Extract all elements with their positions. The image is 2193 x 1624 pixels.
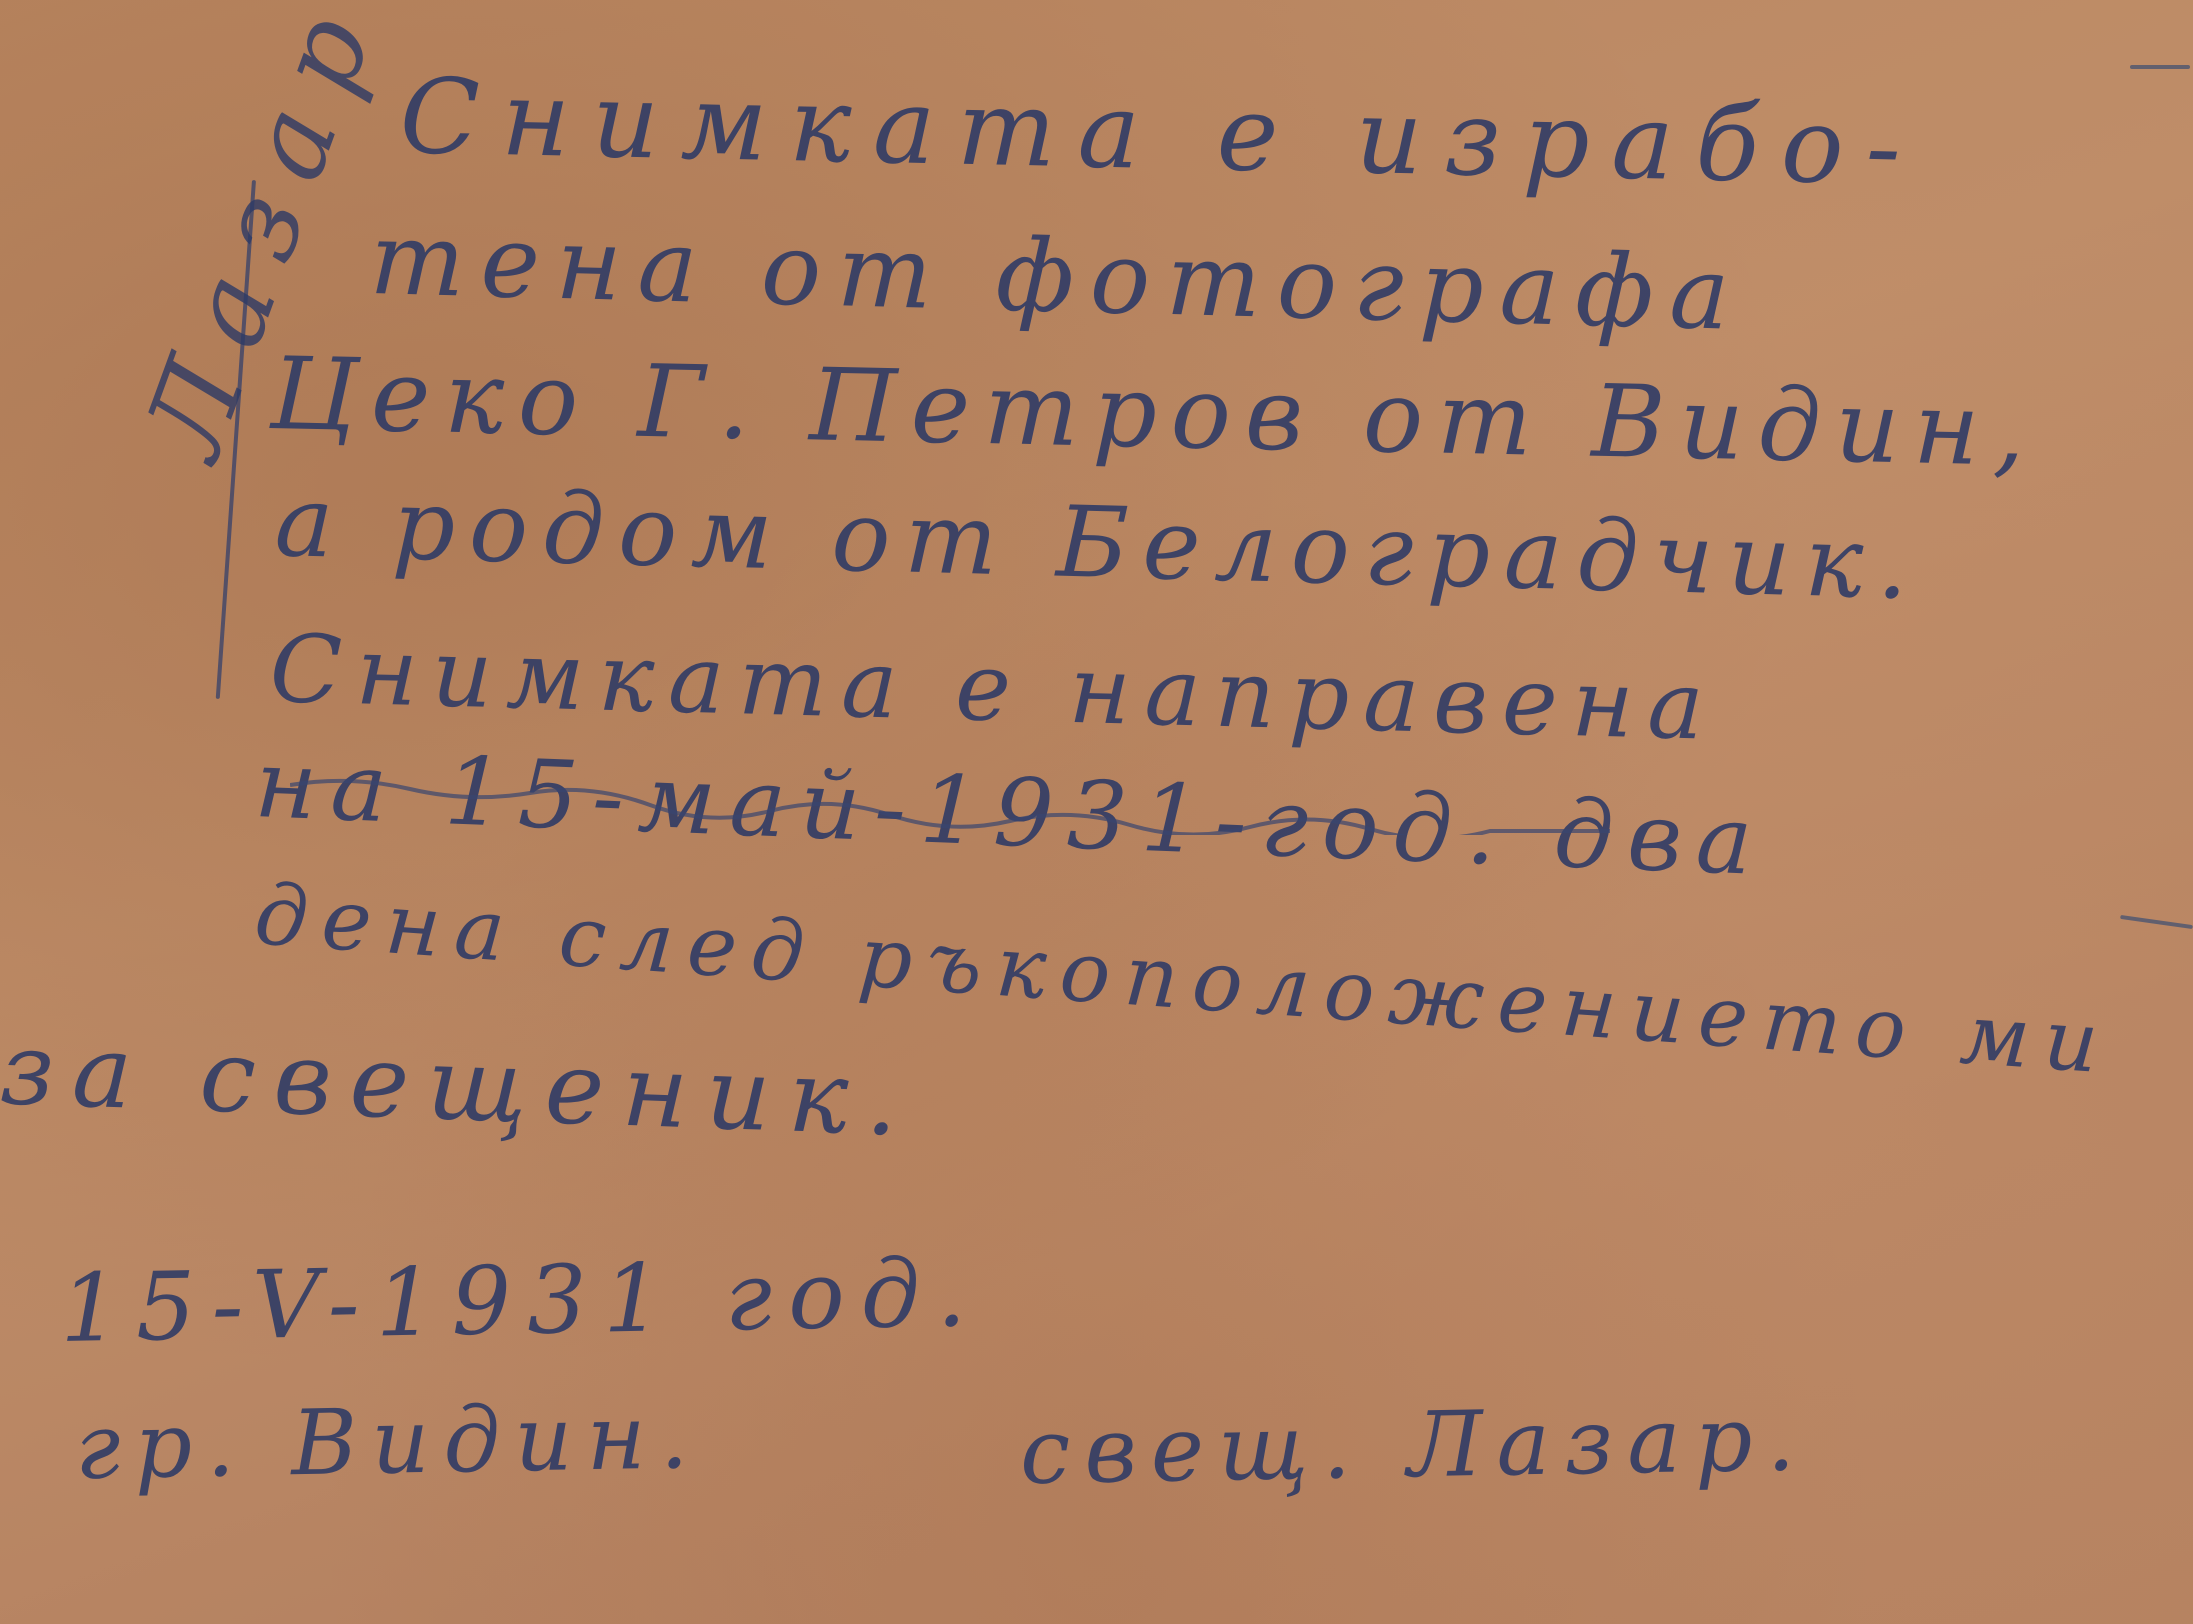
text-line-2: тена от фотографа (368, 200, 1746, 353)
text-line-1: Снимката е израбо- (399, 55, 1924, 209)
text-line-8: за свещеник. (0, 1010, 918, 1159)
text-line-3: Цеко Г. Петров от Видин, (269, 335, 2041, 489)
wavy-underline (290, 775, 1610, 835)
place-line: гр. Видин. (74, 1384, 703, 1500)
pencil-mark (2120, 915, 2193, 929)
pencil-mark (2130, 65, 2190, 69)
date-line: 15-V-1931 год. (59, 1239, 983, 1364)
text-line-4: а родом от Белоградчик. (274, 465, 1924, 622)
document-page: Лазар Снимката е израбо- тена от фотогра… (0, 0, 2193, 1624)
signature: свещ. Лазар. (1019, 1386, 1810, 1505)
